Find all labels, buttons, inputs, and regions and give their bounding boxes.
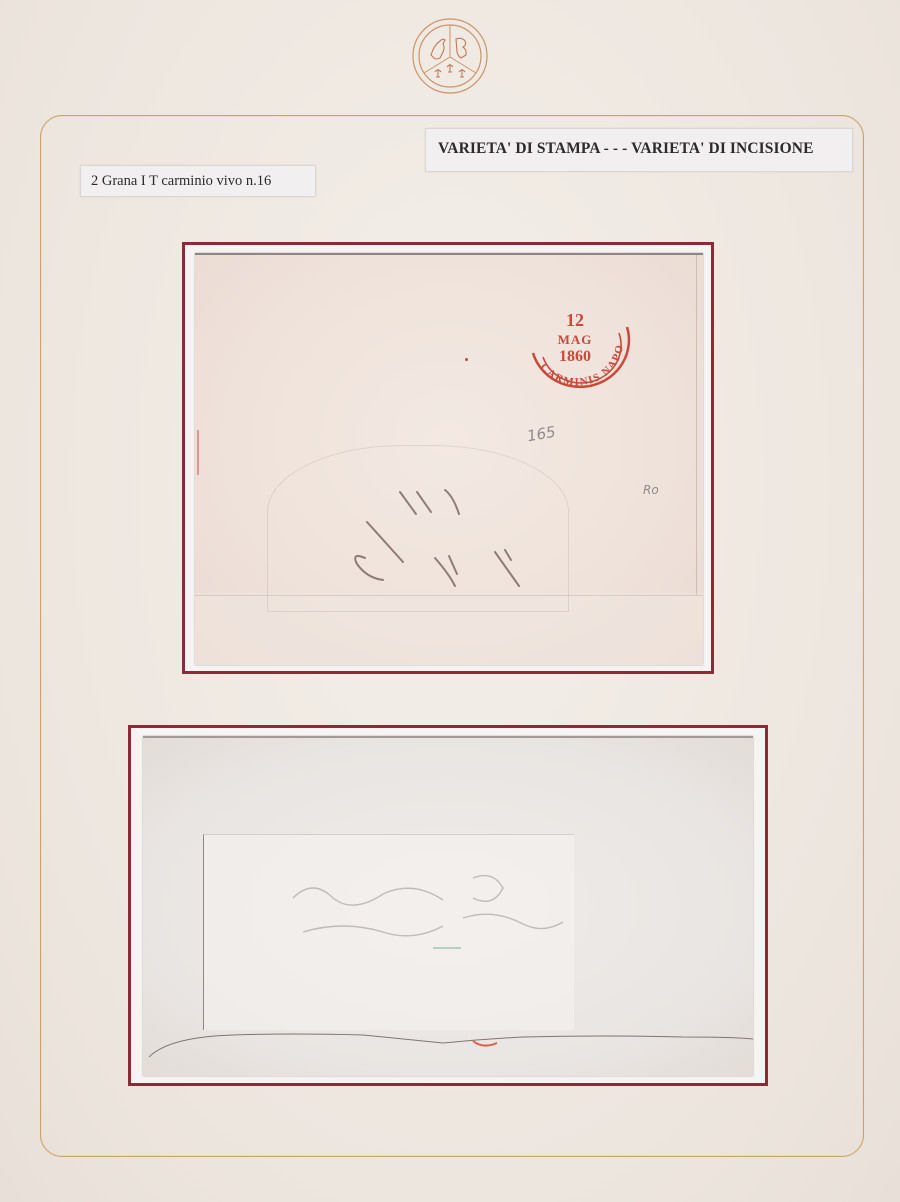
postmark-day: 12 (545, 311, 605, 329)
header-label: VARIETA' DI STAMPA - - - VARIETA' DI INC… (425, 128, 853, 172)
pencil-note: Ro (643, 483, 659, 497)
cover-back-2 (143, 736, 753, 1076)
ink-dot (465, 358, 468, 361)
cover-edge-line (143, 1023, 753, 1063)
album-page: VARIETA' DI STAMPA - - - VARIETA' DI INC… (0, 0, 900, 1202)
ink-mark (197, 430, 199, 475)
handwritten-marks (345, 480, 545, 600)
mount-cover-1: CARMINIS NAPOLI 12 MAG 1860 165 Ro (182, 242, 714, 674)
postmark-stamp: CARMINIS NAPOLI 12 MAG 1860 (527, 307, 639, 413)
item-label: 2 Grana I T carminio vivo n.16 (80, 165, 316, 197)
postmark-year: 1860 (545, 349, 605, 365)
mount-cover-2 (128, 725, 768, 1086)
postmark-month: MAG (545, 333, 605, 346)
coat-of-arms-crest-icon (411, 17, 489, 95)
faded-handwriting (283, 858, 583, 958)
pencil-note: 165 (526, 423, 557, 446)
cover-back-1: CARMINIS NAPOLI 12 MAG 1860 165 Ro (195, 253, 703, 665)
fold-line (696, 255, 697, 595)
